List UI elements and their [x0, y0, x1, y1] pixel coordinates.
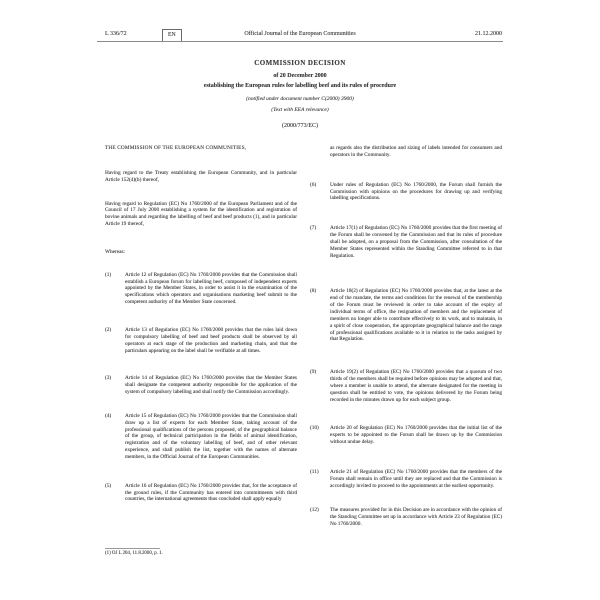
- document-number-line: (2000/773/EC): [60, 123, 540, 129]
- recital-number: (2): [105, 327, 125, 354]
- recital-8: (8) Article 18(2) of Regulation (EC) No …: [310, 288, 502, 343]
- recital-number: (11): [310, 469, 330, 490]
- recital-number: (3): [105, 375, 125, 396]
- recital-3: (3) Article 14 of Regulation (EC) No 176…: [105, 375, 297, 396]
- recital-number: (8): [310, 288, 330, 343]
- recital-number: (7): [310, 225, 330, 259]
- recital-4: (4) Article 15 of Regulation (EC) No 176…: [105, 413, 297, 461]
- recital-11: (11) Article 21 of Regulation (EC) No 17…: [310, 469, 502, 490]
- footnote-block: (1) OJ L 204, 11.8.2000, p. 1.: [105, 548, 297, 557]
- recital-number: (9): [310, 369, 330, 403]
- recital-text: Article 13 of Regulation (EC) No 1760/20…: [125, 327, 297, 354]
- recital-9: (9) Article 19(2) of Regulation (EC) No …: [310, 369, 502, 403]
- citation-treaty: Having regard to the Treaty establishing…: [105, 170, 297, 184]
- document-page: L 336/72 EN Official Journal of the Euro…: [0, 0, 600, 600]
- recital-10: (10) Article 20 of Regulation (EC) No 17…: [310, 425, 502, 446]
- left-column: THE COMMISSION OF THE EUROPEAN COMMUNITI…: [105, 145, 297, 528]
- notification-line: (notified under document number C(2000) …: [60, 96, 540, 102]
- issue-date: 21.12.2000: [475, 31, 502, 37]
- eea-relevance-line: (Text with EEA relevance): [60, 107, 540, 113]
- journal-title: Official Journal of the European Communi…: [0, 31, 600, 37]
- opening-line: THE COMMISSION OF THE EUROPEAN COMMUNITI…: [105, 145, 297, 152]
- recital-text: Article 21 of Regulation (EC) No 1760/20…: [330, 469, 502, 490]
- recital-text: Article 12 of Regulation (EC) No 1760/20…: [125, 272, 297, 306]
- recital-7: (7) Article 17(1) of Regulation (EC) No …: [310, 225, 502, 259]
- recital-text: Article 14 of Regulation (EC) No 1760/20…: [125, 375, 297, 396]
- whereas-label: Whereas:: [105, 249, 297, 256]
- citation-regulation: Having regard to Regulation (EC) No 1760…: [105, 201, 297, 228]
- recital-text: Article 17(1) of Regulation (EC) No 1760…: [330, 225, 502, 259]
- recital-2: (2) Article 13 of Regulation (EC) No 176…: [105, 327, 297, 354]
- recital-number: (5): [105, 483, 125, 504]
- recital-text: The measures provided for in this Decisi…: [330, 507, 502, 528]
- footnote-text: (1) OJ L 204, 11.8.2000, p. 1.: [105, 551, 297, 557]
- recital-number: (12): [310, 507, 330, 528]
- title-block: COMMISSION DECISION of 20 December 2000 …: [60, 59, 540, 129]
- document-type-title: COMMISSION DECISION: [60, 59, 540, 67]
- recital-text: Article 16 of Regulation (EC) No 1760/20…: [125, 483, 297, 504]
- recital-12: (12) The measures provided for in this D…: [310, 507, 502, 528]
- recital-1: (1) Article 12 of Regulation (EC) No 176…: [105, 272, 297, 306]
- recital-text: Article 15 of Regulation (EC) No 1760/20…: [125, 413, 297, 461]
- recital-number: (1): [105, 272, 125, 306]
- recital-text: Under rules of Regulation (EC) No 1760/2…: [330, 182, 502, 203]
- document-subject-line: establishing the European rules for labe…: [60, 83, 540, 89]
- recital-6: (6) Under rules of Regulation (EC) No 17…: [310, 182, 502, 203]
- recital-text: Article 19(2) of Regulation (EC) No 1760…: [330, 369, 502, 403]
- recital-number: (4): [105, 413, 125, 461]
- recital-text: Article 20 of Regulation (EC) No 1760/20…: [330, 425, 502, 446]
- recital-number: (6): [310, 182, 330, 203]
- recital-text: Article 18(2) of Regulation (EC) No 1760…: [330, 288, 502, 343]
- recital-5: (5) Article 16 of Regulation (EC) No 176…: [105, 483, 297, 504]
- document-date-line: of 20 December 2000: [60, 73, 540, 79]
- recital-number: (10): [310, 425, 330, 446]
- recital-5-continuation: as regards also the distribution and siz…: [330, 145, 502, 159]
- header-rule: [97, 41, 503, 42]
- footnote-rule: [105, 548, 160, 549]
- body-columns: THE COMMISSION OF THE EUROPEAN COMMUNITI…: [105, 145, 502, 528]
- right-column: as regards also the distribution and siz…: [310, 145, 502, 528]
